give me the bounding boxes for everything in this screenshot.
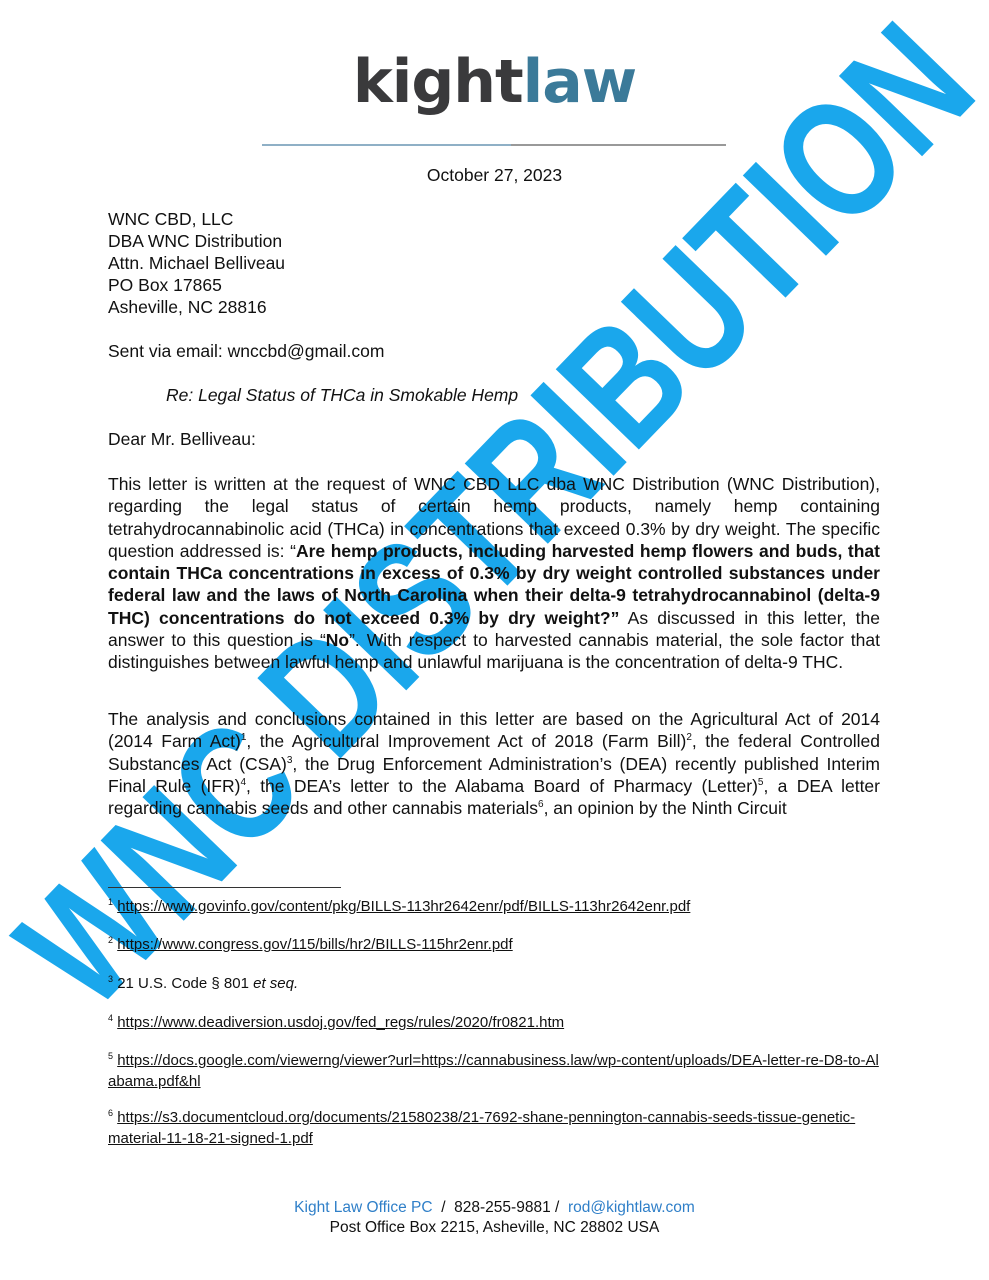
header-divider [262,144,726,146]
footnote-1-link[interactable]: https://www.govinfo.gov/content/pkg/BILL… [117,898,690,915]
footnote-number: 2 [108,935,113,945]
footnote-6-link[interactable]: https://s3.documentcloud.org/documents/2… [108,1109,855,1147]
footnote-1: 1 https://www.govinfo.gov/content/pkg/BI… [108,896,880,917]
footer-phone: 828-255-9881 [454,1199,551,1216]
footnote-2: 2 https://www.congress.gov/115/bills/hr2… [108,934,880,955]
divider-right-segment [511,144,726,146]
body-paragraph-1: This letter is written at the request of… [108,473,880,674]
footnote-separator [108,887,341,888]
recipient-address: WNC CBD, LLC DBA WNC Distribution Attn. … [108,208,285,318]
footer-separator: / [441,1199,445,1216]
recipient-po-box: PO Box 17865 [108,274,285,296]
logo-law: law [523,47,636,117]
salutation: Dear Mr. Belliveau: [108,429,256,450]
footer-email-link[interactable]: rod@kightlaw.com [568,1199,695,1216]
footer-separator: / [555,1199,559,1216]
kightlaw-logo: kightlaw [0,52,989,112]
footnote-5-link[interactable]: https://docs.google.com/viewerng/viewer?… [108,1052,879,1090]
paragraph-2-text: , an opinion by the Ninth Circuit [544,798,787,818]
recipient-attention: Attn. Michael Belliveau [108,252,285,274]
recipient-city: Asheville, NC 28816 [108,296,285,318]
sent-via-email: Sent via email: wnccbd@gmail.com [108,341,384,362]
recipient-company: WNC CBD, LLC [108,208,285,230]
footnote-number: 3 [108,974,113,984]
footnote-4: 4 https://www.deadiversion.usdoj.gov/fed… [108,1012,880,1033]
footnote-number: 4 [108,1013,113,1023]
footnote-4-link[interactable]: https://www.deadiversion.usdoj.gov/fed_r… [117,1014,564,1031]
footnote-3-text: 21 U.S. Code § 801 [117,975,253,992]
answer: No [326,630,349,650]
subject-line: Re: Legal Status of THCa in Smokable Hem… [166,385,518,406]
footnote-3: 3 21 U.S. Code § 801 et seq. [108,973,880,994]
paragraph-2-text: , the DEA’s letter to the Alabama Board … [246,776,758,796]
letter-date: October 27, 2023 [0,165,989,186]
footnote-5: 5 https://docs.google.com/viewerng/viewe… [108,1050,880,1092]
footnote-number: 1 [108,897,113,907]
letter-content: kightlaw October 27, 2023 WNC CBD, LLC D… [0,0,989,1280]
footer-address: Post Office Box 2215, Asheville, NC 2880… [0,1218,989,1238]
footnote-2-link[interactable]: https://www.congress.gov/115/bills/hr2/B… [117,936,513,953]
divider-left-segment [262,144,511,146]
paragraph-2-text: , the Agricultural Improvement Act of 20… [246,731,686,751]
footnote-number: 6 [108,1108,113,1118]
footnote-3-italic: et seq. [253,975,298,992]
body-paragraph-2: The analysis and conclusions contained i… [108,708,880,819]
footer-firm-name[interactable]: Kight Law Office PC [294,1199,432,1216]
recipient-dba: DBA WNC Distribution [108,230,285,252]
letterhead-footer: Kight Law Office PC / 828-255-9881 / rod… [0,1198,989,1238]
letter-page: WNC DISTRIBUTION kightlaw October 27, 20… [0,0,989,1280]
footnote-6: 6 https://s3.documentcloud.org/documents… [108,1107,880,1149]
footnote-number: 5 [108,1051,113,1061]
logo-kight: kight [353,47,523,117]
